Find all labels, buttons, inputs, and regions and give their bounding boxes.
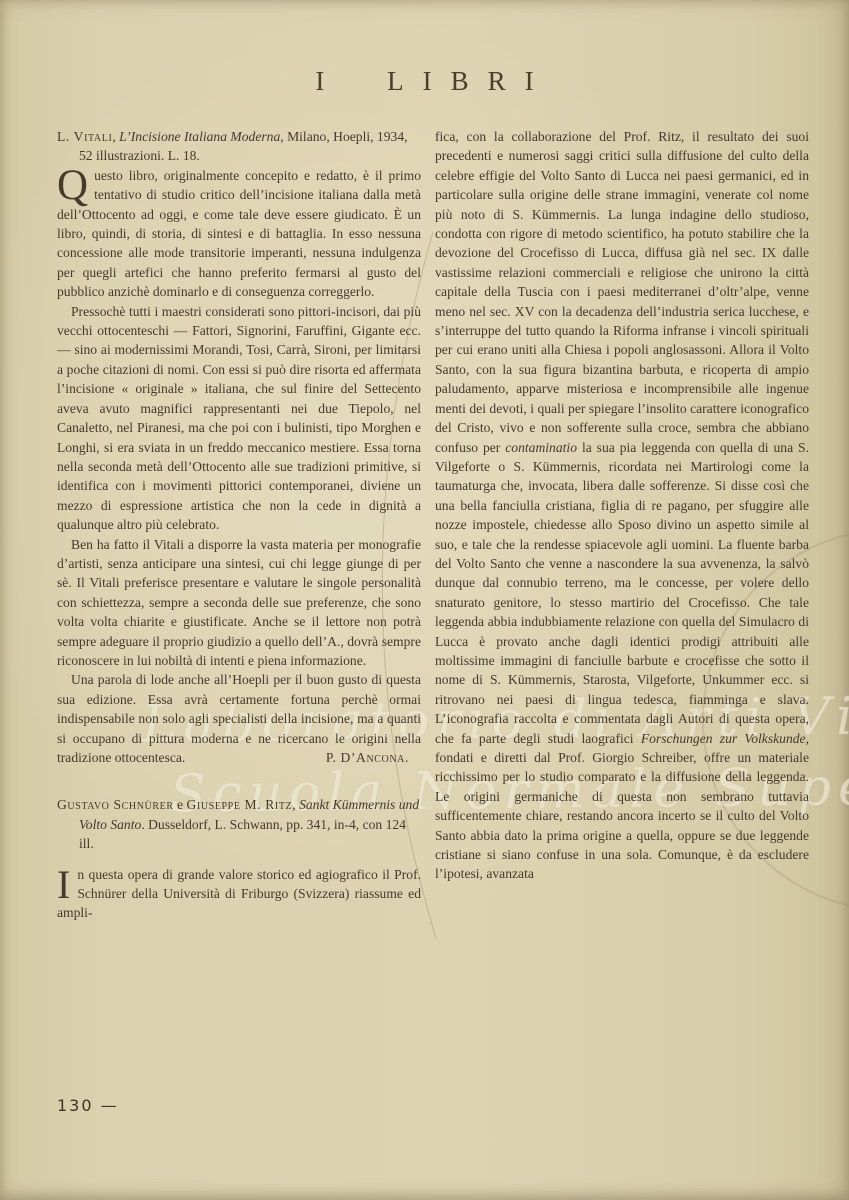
review-paragraph: Ben ha fatto il Vitali a disporre la vas…	[57, 535, 421, 671]
review-paragraph: Questo libro, originalmente concepito e …	[57, 166, 421, 302]
reviewer-signature: P. D’Ancona.	[312, 748, 409, 767]
review-vitali: L. Vitali, L’Incisione Italiana Moderna,…	[57, 127, 421, 767]
drop-cap-q: Q	[57, 166, 94, 202]
paragraph-text: Ben ha fatto il Vitali a disporre la vas…	[57, 537, 421, 668]
paragraph-text: Pressochè tutti i maestri considerati so…	[57, 304, 421, 532]
review-paragraph: Pressochè tutti i maestri considerati so…	[57, 302, 421, 535]
paragraph-text: n questa opera di grande valore storico …	[57, 867, 421, 921]
review-paragraph: Una parola di lode anche all’Hoepli per …	[57, 670, 421, 767]
column-right: fica, con la collaborazione del Prof. Ri…	[435, 127, 809, 884]
review-heading: Gustavo Schnürer e Giuseppe M. Ritz, San…	[57, 795, 421, 853]
page-title: I LIBRI	[0, 66, 849, 97]
column-left: L. Vitali, L’Incisione Italiana Moderna,…	[57, 127, 421, 923]
page-number: 130 —	[57, 1096, 119, 1115]
drop-cap-i: I	[57, 865, 77, 901]
paragraph-text: uesto libro, originalmente concepito e r…	[57, 168, 421, 299]
review-schnurer-ritz: Gustavo Schnürer e Giuseppe M. Ritz, San…	[57, 795, 421, 922]
review-paragraph-continuation: fica, con la collaborazione del Prof. Ri…	[435, 127, 809, 884]
text-columns: L. Vitali, L’Incisione Italiana Moderna,…	[57, 127, 809, 923]
scanned-journal-page: Laboratorio di Arti Visive Scuola Normal…	[0, 0, 849, 1200]
review-paragraph: In questa opera di grande valore storico…	[57, 865, 421, 923]
review-heading: L. Vitali, L’Incisione Italiana Moderna,…	[57, 127, 421, 166]
